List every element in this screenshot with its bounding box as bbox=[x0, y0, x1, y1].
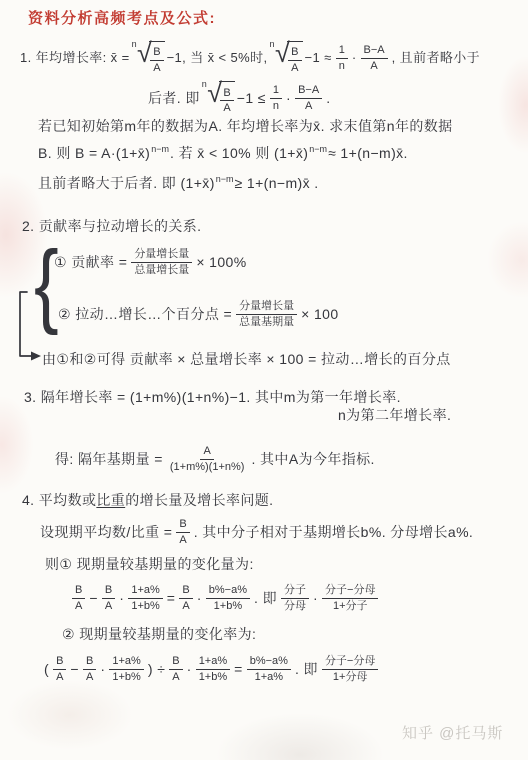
change-rate-heading: ② 现期量较基期量的变化率为: bbox=[62, 622, 256, 646]
root-body: BA bbox=[219, 81, 234, 116]
fraction-numerator: B bbox=[83, 654, 96, 669]
text: . 即 bbox=[295, 661, 318, 678]
fraction: 1+a%1+b% bbox=[196, 654, 230, 684]
text: = bbox=[167, 590, 176, 607]
fraction-numerator: A bbox=[200, 444, 213, 459]
superscript: n−m bbox=[216, 174, 234, 185]
fraction-numerator: B bbox=[179, 583, 192, 598]
text: . bbox=[326, 90, 330, 107]
section2-heading: 2. 贡献率与拉动增长的关系. bbox=[22, 214, 201, 238]
fraction-numerator: b%−a% bbox=[206, 583, 250, 598]
fraction: 分子−分母1+分子 bbox=[322, 583, 378, 613]
text: ≈ 1+(n−m)x̄. bbox=[328, 145, 408, 162]
text: 若已知初始第m年的数据为A. 年均增长率为x̄. 求末值第n年的数据 bbox=[38, 118, 453, 135]
superscript: n−m bbox=[309, 144, 327, 155]
fraction-denominator: A bbox=[169, 670, 182, 684]
fraction-denominator: 1+分母 bbox=[330, 670, 371, 684]
page-title: 资料分析高频考点及公式: bbox=[28, 7, 216, 28]
text: · bbox=[187, 661, 192, 678]
text: −1 ≤ bbox=[237, 90, 266, 107]
section4-setup: 设现期平均数/比重 =BA. 其中分子相对于基期增长b%. 分母增长a%. bbox=[40, 512, 473, 552]
text: 2. 贡献率与拉动增长的关系. bbox=[22, 218, 201, 235]
text: ( bbox=[44, 661, 49, 678]
annual-growth-note-3: 且前者略大于后者. 即 (1+x̄)n−m ≥ 1+(n−m)x̄ . bbox=[38, 170, 319, 196]
text: . 若 x̄ < 10% 则 (1+x̄) bbox=[170, 145, 308, 162]
section4-heading: 4. 平均数或比重的增长量及增长率问题. bbox=[22, 488, 273, 512]
fraction-denominator: 总量基期量 bbox=[236, 315, 297, 329]
fraction-numerator: B bbox=[220, 86, 233, 101]
fraction-numerator: 分子−分母 bbox=[322, 654, 378, 669]
fraction: BA bbox=[169, 654, 182, 684]
notes-page: 资料分析高频考点及公式: 1. 年均增长率: x̄ =n√BA−1, 当 x̄ … bbox=[0, 0, 528, 760]
fraction-denominator: A bbox=[102, 599, 115, 613]
fraction-denominator: A bbox=[288, 61, 301, 75]
fraction-denominator: 1+a% bbox=[252, 670, 286, 684]
fraction-numerator: 1 bbox=[336, 43, 348, 58]
fraction: BA bbox=[83, 654, 96, 684]
text: · bbox=[352, 50, 357, 66]
text: 后者. 即 bbox=[148, 90, 200, 107]
root-body: BA bbox=[287, 41, 302, 75]
fraction: b%−a%1+b% bbox=[206, 583, 250, 613]
text: −1, 当 x̄ < 5%时, bbox=[167, 50, 268, 66]
nth-root: n√BA bbox=[132, 41, 165, 75]
text: · bbox=[313, 590, 318, 607]
text: 的增长量及增长率问题. bbox=[125, 492, 273, 509]
fraction: B−AA bbox=[361, 43, 388, 73]
text: · bbox=[119, 590, 124, 607]
fraction: b%−a%1+a% bbox=[247, 654, 291, 684]
fraction: 分量增长量总量增长量 bbox=[131, 247, 192, 277]
fraction-denominator: A bbox=[72, 599, 85, 613]
nth-root: n√BA bbox=[270, 41, 303, 75]
fraction-denominator: 1+b% bbox=[211, 599, 245, 613]
text: · bbox=[100, 661, 105, 678]
text: 由①和②可得 贡献率 × 总量增长率 × 100 = 拉动…增长的百分点 bbox=[42, 351, 451, 368]
fraction-denominator: A bbox=[150, 61, 163, 75]
root-index: n bbox=[132, 39, 137, 50]
fraction: BA bbox=[150, 45, 163, 75]
text: × 100 bbox=[301, 306, 338, 323]
text: 则① 现期量较基期量的变化量为: bbox=[45, 556, 254, 573]
text: . 其中分子相对于基期增长b%. 分母增长a%. bbox=[194, 524, 474, 541]
fraction-numerator: 分量增长量 bbox=[236, 299, 297, 314]
fraction-denominator: 1+b% bbox=[196, 670, 230, 684]
superscript: n−m bbox=[151, 144, 169, 155]
fraction-numerator: 分量增长量 bbox=[131, 247, 192, 262]
fraction: 分子分母 bbox=[281, 583, 309, 613]
change-amount-formula: BA−BA·1+a%1+b%=BA·b%−a%1+b% . 即分子分母·分子−分… bbox=[68, 576, 382, 620]
fraction-numerator: 1 bbox=[270, 83, 282, 98]
fraction-denominator: 1+分子 bbox=[330, 599, 371, 613]
fraction-denominator: A bbox=[83, 670, 96, 684]
text: × 100% bbox=[196, 254, 246, 271]
text: − bbox=[70, 661, 79, 678]
fraction-numerator: B bbox=[150, 45, 163, 60]
root-index: n bbox=[202, 79, 207, 90]
fraction-numerator: B bbox=[288, 45, 301, 60]
text: ② 拉动…增长…个百分点 = bbox=[58, 306, 232, 323]
text: . 即 bbox=[254, 590, 277, 607]
fraction-numerator: B bbox=[72, 583, 85, 598]
fraction: BA bbox=[72, 583, 85, 613]
text: = bbox=[234, 661, 243, 678]
pull-growth-formula: ② 拉动…增长…个百分点 =分量增长量总量基期量 × 100 bbox=[58, 292, 339, 336]
nth-root: n√BA bbox=[202, 81, 235, 116]
fraction-numerator: b%−a% bbox=[247, 654, 291, 669]
text: ) ÷ bbox=[148, 661, 165, 678]
text: ① 贡献率 = bbox=[54, 254, 127, 271]
section2-conclusion: 由①和②可得 贡献率 × 总量增长率 × 100 = 拉动…增长的百分点 bbox=[42, 346, 451, 372]
text: 且前者略大于后者. 即 (1+x̄) bbox=[38, 175, 215, 192]
text: · bbox=[197, 590, 202, 607]
fraction: A(1+m%)(1+n%) bbox=[167, 444, 248, 474]
interannual-growth-note: n为第二年增长率. bbox=[338, 404, 451, 426]
fraction-denominator: (1+m%)(1+n%) bbox=[167, 460, 248, 474]
fraction-denominator: 分母 bbox=[281, 599, 309, 613]
fraction: 分量增长量总量基期量 bbox=[236, 299, 297, 329]
annual-growth-formula-1: 1. 年均增长率: x̄ =n√BA−1, 当 x̄ < 5%时,n√BA−1 … bbox=[20, 36, 480, 80]
text: 得: 隔年基期量 = bbox=[55, 451, 163, 468]
text: 1. 年均增长率: x̄ = bbox=[20, 50, 130, 66]
fraction-numerator: 1+a% bbox=[128, 583, 162, 598]
text: − bbox=[89, 590, 98, 607]
fraction-denominator: 总量增长量 bbox=[131, 263, 192, 277]
fraction-denominator: n bbox=[336, 59, 348, 73]
fraction-numerator: 分子−分母 bbox=[322, 583, 378, 598]
contribution-rate-formula: ① 贡献率 =分量增长量总量增长量 × 100% bbox=[54, 240, 247, 284]
fraction-numerator: 1+a% bbox=[109, 654, 143, 669]
text: · bbox=[286, 90, 291, 107]
fraction: 分子−分母1+分母 bbox=[322, 654, 378, 684]
fraction: BA bbox=[220, 86, 233, 116]
fraction-numerator: B−A bbox=[361, 43, 388, 58]
text: ② 现期量较基期量的变化率为: bbox=[62, 626, 256, 643]
text: 设现期平均数/比重 = bbox=[40, 524, 172, 541]
fraction: 1n bbox=[270, 83, 282, 113]
root-body: BA bbox=[149, 41, 164, 75]
fraction: BA bbox=[176, 517, 189, 547]
fraction: BA bbox=[102, 583, 115, 613]
text: ≥ 1+(n−m)x̄ . bbox=[235, 175, 319, 192]
text: −1 ≈ bbox=[305, 50, 332, 66]
fraction-numerator: B bbox=[53, 654, 66, 669]
fraction-denominator: A bbox=[176, 533, 189, 547]
annual-growth-formula-2: 后者. 即n√BA−1 ≤1n·B−AA. bbox=[148, 78, 330, 118]
change-rate-formula: (BA−BA·1+a%1+b%) ÷BA·1+a%1+b%=b%−a%1+a% … bbox=[44, 646, 382, 692]
text: n为第二年增长率. bbox=[338, 407, 451, 424]
fraction: 1n bbox=[336, 43, 348, 73]
fraction: BA bbox=[288, 45, 301, 75]
fraction: 1+a%1+b% bbox=[128, 583, 162, 613]
fraction-numerator: 分子 bbox=[281, 583, 309, 598]
annual-growth-note-2: B. 则 B = A·(1+x̄)n−m. 若 x̄ < 10% 则 (1+x̄… bbox=[38, 140, 408, 166]
fraction-numerator: 1+a% bbox=[196, 654, 230, 669]
text: 3. 隔年增长率 = (1+m%)(1+n%)−1. 其中m为第一年增长率. bbox=[24, 389, 401, 406]
fraction-denominator: 1+b% bbox=[128, 599, 162, 613]
fraction-denominator: A bbox=[367, 59, 380, 73]
fraction-numerator: B bbox=[176, 517, 189, 532]
fraction: BA bbox=[53, 654, 66, 684]
annual-growth-note-1: 若已知初始第m年的数据为A. 年均增长率为x̄. 求末值第n年的数据 bbox=[38, 114, 453, 138]
text: 4. 平均数或 bbox=[22, 492, 96, 509]
change-amount-heading: 则① 现期量较基期量的变化量为: bbox=[45, 552, 254, 576]
fraction-denominator: n bbox=[270, 99, 282, 113]
root-index: n bbox=[270, 39, 275, 50]
fraction: 1+a%1+b% bbox=[109, 654, 143, 684]
fraction-denominator: A bbox=[179, 599, 192, 613]
text: , 且前者略小于 bbox=[392, 50, 480, 66]
watermark: 知乎 @托马斯 bbox=[402, 722, 503, 743]
fraction: B−AA bbox=[295, 83, 322, 113]
fraction-denominator: 1+b% bbox=[109, 670, 143, 684]
fraction-denominator: A bbox=[302, 99, 315, 113]
interannual-base-formula: 得: 隔年基期量 =A(1+m%)(1+n%) . 其中A为今年指标. bbox=[55, 436, 375, 482]
fraction-numerator: B bbox=[169, 654, 182, 669]
fraction-denominator: A bbox=[53, 670, 66, 684]
fraction: BA bbox=[179, 583, 192, 613]
text: 比重 bbox=[96, 492, 125, 509]
text: . 其中A为今年指标. bbox=[251, 451, 374, 468]
fraction-numerator: B−A bbox=[295, 83, 322, 98]
text: B. 则 B = A·(1+x̄) bbox=[38, 145, 150, 162]
fraction-numerator: B bbox=[102, 583, 115, 598]
